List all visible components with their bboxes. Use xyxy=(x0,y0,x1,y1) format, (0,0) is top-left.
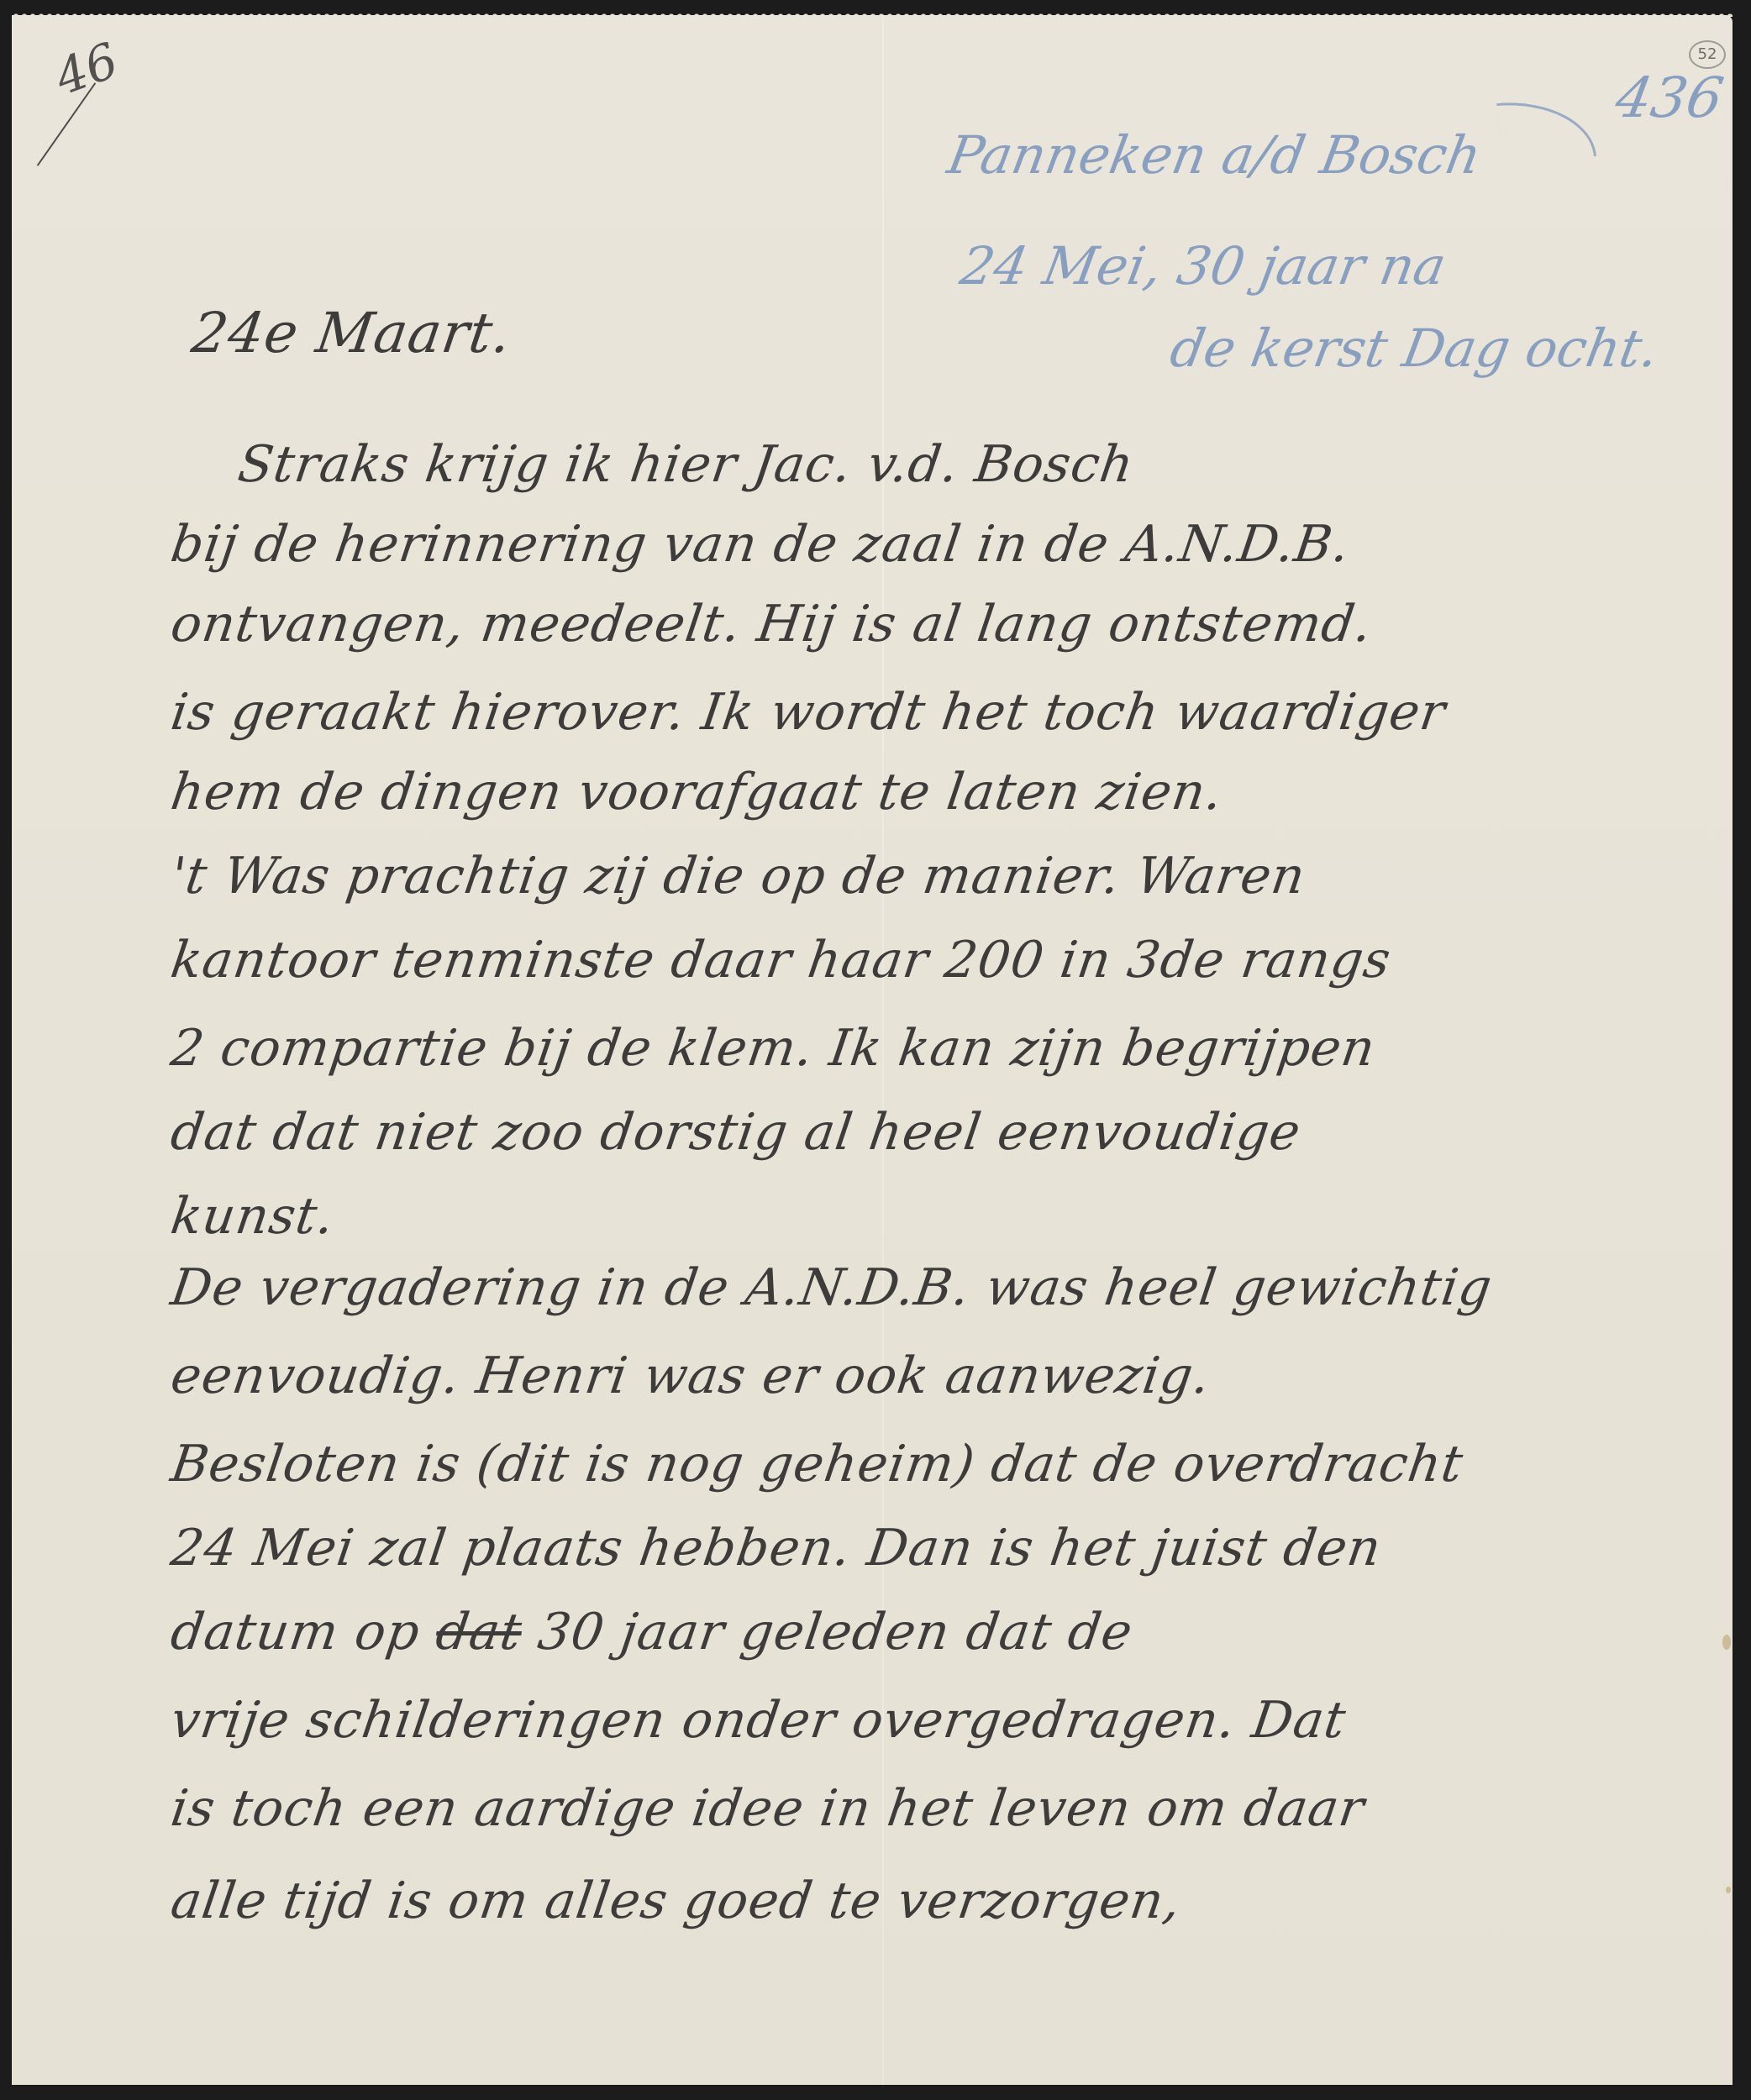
pencil-note-line-1: Panneken a/d Bosch xyxy=(944,124,1486,186)
letter-line: De vergadering in de A.N.D.B. was heel g… xyxy=(167,1258,1496,1317)
letter-line: is geraakt hierover. Ik wordt het toch w… xyxy=(167,683,1449,742)
letter-line: ontvangen, meedeelt. Hij is al lang onts… xyxy=(167,595,1376,654)
document-scan: 46 52 436 Panneken a/d Bosch 24 Mei, 30 … xyxy=(0,0,1751,2100)
pencil-arc-mark xyxy=(1496,95,1596,165)
letter-line: kunst. xyxy=(167,1187,338,1246)
letter-paper: 46 52 436 Panneken a/d Bosch 24 Mei, 30 … xyxy=(12,15,1733,2085)
paper-stain xyxy=(1726,1887,1731,1893)
letter-line: 't Was prachtig zij die op de manier. Wa… xyxy=(167,847,1309,906)
letter-line: Besloten is (dit is nog geheim) dat de o… xyxy=(167,1435,1467,1494)
paper-stain xyxy=(1722,1635,1731,1650)
letter-line: Straks krijg ik hier Jac. v.d. Bosch xyxy=(234,435,1138,494)
letter-line: hem de dingen voorafgaat te laten zien. xyxy=(167,763,1227,822)
pencil-note-line-3: de kerst Dag ocht. xyxy=(1166,318,1664,379)
letter-line: is toch een aardige idee in het leven om… xyxy=(167,1779,1368,1838)
pencil-reference-number: 436 xyxy=(1611,66,1728,130)
line-prefix: datum op xyxy=(167,1603,423,1662)
letter-line: eenvoudig. Henri was er ook aanwezig. xyxy=(167,1347,1214,1405)
letter-line: dat dat niet zoo dorstig al heel eenvoud… xyxy=(167,1103,1305,1162)
letter-line: 2 compartie bij de klem. Ik kan zijn beg… xyxy=(167,1019,1379,1078)
letter-line: bij de herinnering van de zaal in de A.N… xyxy=(167,515,1354,574)
letter-line: kantoor tenminste daar haar 200 in 3de r… xyxy=(167,931,1395,990)
archive-circled-number: 52 xyxy=(1689,40,1726,69)
letter-line: 24 Mei zal plaats hebben. Dan is het jui… xyxy=(167,1519,1385,1578)
pencil-note-line-2: 24 Mei, 30 jaar na xyxy=(956,235,1451,297)
letter-line-with-strikethrough: datum op dat 30 jaar geleden dat de xyxy=(167,1603,1137,1662)
struck-word: dat xyxy=(433,1603,526,1662)
letter-line: alle tijd is om alles goed te verzorgen, xyxy=(167,1872,1185,1930)
letter-date: 24e Maart. xyxy=(188,301,516,365)
line-suffix: 30 jaar geleden dat de xyxy=(534,1603,1137,1662)
letter-line: vrije schilderingen onder overgedragen. … xyxy=(167,1691,1349,1750)
